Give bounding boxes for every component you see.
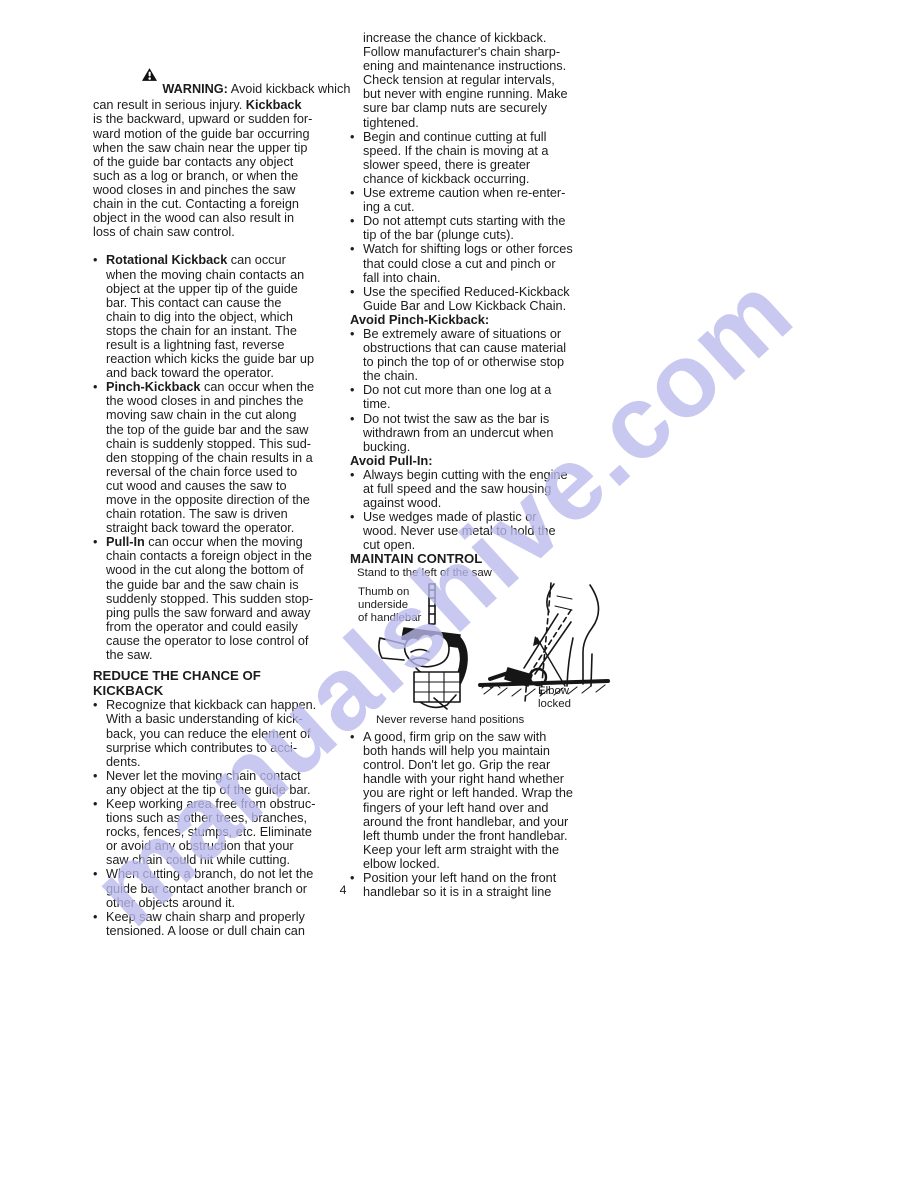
list-item: • Keep working area free from obstruc- t…	[93, 797, 349, 867]
bullet-marker: •	[350, 468, 363, 510]
warning-triangle-icon	[114, 54, 157, 98]
list-item: • Be extremely aware of situations or ob…	[350, 327, 618, 383]
bullet-marker: •	[93, 797, 106, 867]
list-item: • Pinch-Kickback can occur when the the …	[93, 380, 349, 535]
list-item: • A good, firm grip on the saw with both…	[350, 730, 618, 871]
bullet-marker: •	[93, 698, 106, 768]
pinch-bullet-text: Do not cut more than one log at a time.	[363, 383, 618, 411]
left-column: WARNING: Avoid kickback which can result…	[93, 40, 349, 938]
control-bullet-text: Position your left hand on the front han…	[363, 871, 618, 899]
list-item: • Use the specified Reduced-Kickback Gui…	[350, 285, 618, 313]
maintain-control-figure: Stand to the left of the saw Thumb on un…	[350, 567, 618, 730]
reduce-bullet-text: Keep working area free from obstruc- tio…	[106, 797, 349, 867]
control-bullet-text: A good, firm grip on the saw with both h…	[363, 730, 618, 871]
warning-label: WARNING:	[162, 82, 228, 96]
bullet-marker: •	[93, 380, 106, 535]
list-item: • Never let the moving chain contact any…	[93, 769, 349, 797]
list-item: • Do not twist the saw as the bar is wit…	[350, 412, 618, 454]
list-item: • Use wedges made of plastic or wood. Ne…	[350, 510, 618, 552]
kickback-bullet-text: Begin and continue cutting at full speed…	[363, 130, 618, 186]
warning-paragraph: WARNING: Avoid kickback which can result…	[93, 40, 349, 253]
pullin-bullet-text: Use wedges made of plastic or wood. Neve…	[363, 510, 618, 552]
reduce-bullet-text: When cutting a branch, do not let the gu…	[106, 867, 349, 909]
kickback-term: Kickback	[246, 98, 302, 112]
kickback-bullet-text: Do not attempt cuts starting with the ti…	[363, 214, 618, 242]
bullet-marker: •	[350, 383, 363, 411]
warning-text-2: is the backward, upward or sudden for- w…	[93, 112, 312, 239]
operator-stance-drawing	[480, 583, 608, 702]
pinch-bullet-text: Do not twist the saw as the bar is withd…	[363, 412, 618, 454]
pinch-kickback-term: Pinch-Kickback	[106, 380, 201, 394]
pull-in-text: can occur when the moving chain contacts…	[106, 535, 313, 662]
bullet-marker: •	[93, 535, 106, 662]
bullet-marker: •	[350, 510, 363, 552]
reduce-bullet-text: Recognize that kickback can happen. With…	[106, 698, 349, 768]
bullet-marker: •	[93, 910, 106, 938]
right-column: increase the chance of kickback. Follow …	[350, 31, 618, 899]
reduce-bullet-text: Never let the moving chain contact any o…	[106, 769, 349, 797]
bullet-marker: •	[350, 214, 363, 242]
heading-avoid-pinch-kickback: Avoid Pinch-Kickback:	[350, 313, 618, 327]
list-item: • Begin and continue cutting at full spe…	[350, 130, 618, 186]
list-item: • Always begin cutting with the engine a…	[350, 468, 618, 510]
kickback-bullet-text: Use extreme caution when re-enter- ing a…	[363, 186, 618, 214]
bullet-marker: •	[350, 285, 363, 313]
list-item: • Do not attempt cuts starting with the …	[350, 214, 618, 242]
bullet-marker: •	[350, 327, 363, 383]
list-item: • Recognize that kickback can happen. Wi…	[93, 698, 349, 768]
list-item: • Do not cut more than one log at a time…	[350, 383, 618, 411]
manual-page: WARNING: Avoid kickback which can result…	[0, 0, 918, 1188]
bullet-marker: •	[350, 130, 363, 186]
pinch-kickback-text: can occur when the the wood closes in an…	[106, 380, 314, 535]
list-item: • Position your left hand on the front h…	[350, 871, 618, 899]
list-item: • Use extreme caution when re-enter- ing…	[350, 186, 618, 214]
list-item: • When cutting a branch, do not let the …	[93, 867, 349, 909]
pull-in-term: Pull-In	[106, 535, 145, 549]
kickback-bullet-text: Watch for shifting logs or other forces …	[363, 242, 618, 284]
hand-grip-drawing	[379, 584, 464, 709]
figure-caption-bottom: Never reverse hand positions	[376, 714, 524, 727]
heading-avoid-pull-in: Avoid Pull-In:	[350, 454, 618, 468]
bullet-marker: •	[93, 769, 106, 797]
page-number: 4	[330, 883, 356, 897]
kickback-bullet-text: Use the specified Reduced-Kickback Guide…	[363, 285, 618, 313]
bullet-marker: •	[350, 412, 363, 454]
reduce-bullet-text: Keep saw chain sharp and properly tensio…	[106, 910, 349, 938]
list-item: • Pull-In can occur when the moving chai…	[93, 535, 349, 662]
bullet-marker: •	[350, 730, 363, 871]
rotational-kickback-text: can occur when the moving chain contacts…	[106, 253, 314, 380]
bullet-marker: •	[350, 186, 363, 214]
section-heading-maintain-control: MAINTAIN CONTROL	[350, 552, 618, 567]
pullin-bullet-text: Always begin cutting with the engine at …	[363, 468, 618, 510]
bullet-marker: •	[93, 253, 106, 380]
list-item: • Keep saw chain sharp and properly tens…	[93, 910, 349, 938]
section-heading-reduce-kickback: REDUCE THE CHANCE OF KICKBACK	[93, 669, 349, 698]
bullet-marker: •	[93, 867, 106, 909]
hand-grip-and-stance-illustration	[378, 582, 610, 712]
continuation-paragraph: increase the chance of kickback. Follow …	[363, 31, 618, 130]
figure-caption-top: Stand to the left of the saw	[357, 567, 492, 580]
pinch-bullet-text: Be extremely aware of situations or obst…	[363, 327, 618, 383]
list-item: • Watch for shifting logs or other force…	[350, 242, 618, 284]
list-item: • Rotational Kickback can occur when the…	[93, 253, 349, 380]
rotational-kickback-term: Rotational Kickback	[106, 253, 227, 267]
bullet-marker: •	[350, 242, 363, 284]
